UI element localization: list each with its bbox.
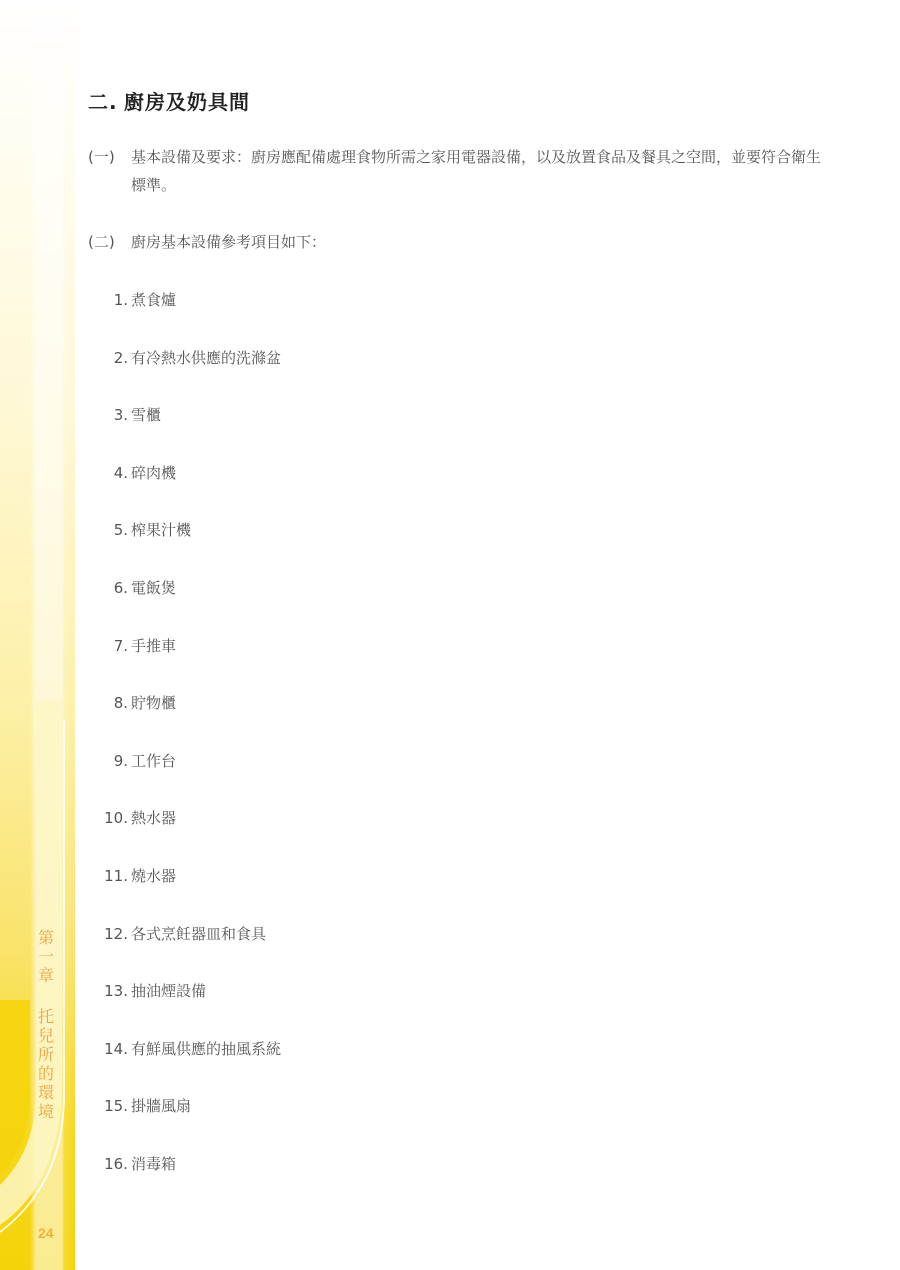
list-item: 5.榨果汁機 xyxy=(88,516,281,574)
list-index: 16. xyxy=(88,1150,131,1178)
section-title: 廚房及奶具間 xyxy=(124,90,250,114)
list-text: 熱水器 xyxy=(131,809,176,827)
list-item: 13.抽油煙設備 xyxy=(88,977,281,1035)
list-item: 6.電飯煲 xyxy=(88,574,281,632)
list-text: 工作台 xyxy=(131,752,176,770)
list-item: 8.貯物櫃 xyxy=(88,689,281,747)
list-index: 3. xyxy=(88,401,131,429)
list-index: 12. xyxy=(88,920,131,948)
paragraph-equipment-intro: (二) 廚房基本設備參考項目如下： xyxy=(88,228,828,256)
chapter-title-char: 兒 xyxy=(38,1026,54,1045)
list-item: 3.雪櫃 xyxy=(88,401,281,459)
list-text: 煮食爐 xyxy=(131,291,176,309)
list-item: 16.消毒箱 xyxy=(88,1150,281,1208)
chapter-title-char: 環 xyxy=(38,1083,54,1102)
section-heading: 二.廚房及奶具間 xyxy=(88,86,250,115)
paragraph-marker: (一) xyxy=(88,143,128,171)
paragraph-text: 廚房基本設備參考項目如下： xyxy=(131,228,828,256)
list-index: 14. xyxy=(88,1035,131,1063)
list-index: 5. xyxy=(88,516,131,544)
equipment-list: 1.煮食爐 2.有冷熱水供應的洗滌盆 3.雪櫃 4.碎肉機 5.榨果汁機 6.電… xyxy=(88,286,281,1208)
list-text: 電飯煲 xyxy=(131,579,176,597)
list-index: 9. xyxy=(88,747,131,775)
list-index: 1. xyxy=(88,286,131,314)
list-index: 4. xyxy=(88,459,131,487)
list-index: 13. xyxy=(88,977,131,1005)
chapter-char: 章 xyxy=(38,966,54,985)
list-item: 9.工作台 xyxy=(88,747,281,805)
list-text: 掛牆風扇 xyxy=(131,1097,191,1115)
chapter-char: 第 xyxy=(38,928,54,947)
list-text: 有鮮風供應的抽風系統 xyxy=(131,1040,281,1058)
list-text: 貯物櫃 xyxy=(131,694,176,712)
page-number: 24 xyxy=(38,1225,54,1241)
list-index: 11. xyxy=(88,862,131,890)
list-item: 7.手推車 xyxy=(88,632,281,690)
section-number: 二. xyxy=(88,86,124,115)
list-text: 抽油煙設備 xyxy=(131,982,206,1000)
list-item: 12.各式烹飪器皿和食具 xyxy=(88,920,281,978)
list-item: 15.掛牆風扇 xyxy=(88,1092,281,1150)
list-item: 2.有冷熱水供應的洗滌盆 xyxy=(88,344,281,402)
list-index: 8. xyxy=(88,689,131,717)
paragraph-marker: (二) xyxy=(88,228,128,256)
list-index: 15. xyxy=(88,1092,131,1120)
paragraph-basic-requirements: (一) 基本設備及要求：廚房應配備處理食物所需之家用電器設備，以及放置食品及餐具… xyxy=(88,143,828,199)
list-text: 榨果汁機 xyxy=(131,521,191,539)
list-item: 1.煮食爐 xyxy=(88,286,281,344)
list-text: 消毒箱 xyxy=(131,1155,176,1173)
list-index: 2. xyxy=(88,344,131,372)
list-index: 6. xyxy=(88,574,131,602)
chapter-title-char: 的 xyxy=(38,1064,54,1083)
chapter-label: 第 一 章 托 兒 所 的 環 境 xyxy=(36,928,56,1121)
list-text: 有冷熱水供應的洗滌盆 xyxy=(131,349,281,367)
chapter-sidebar: 第 一 章 托 兒 所 的 環 境 24 xyxy=(0,0,75,1270)
paragraph-text: 基本設備及要求：廚房應配備處理食物所需之家用電器設備，以及放置食品及餐具之空間，… xyxy=(131,143,828,199)
list-item: 11.燒水器 xyxy=(88,862,281,920)
list-text: 碎肉機 xyxy=(131,464,176,482)
list-index: 10. xyxy=(88,804,131,832)
list-index: 7. xyxy=(88,632,131,660)
list-item: 4.碎肉機 xyxy=(88,459,281,517)
list-item: 14.有鮮風供應的抽風系統 xyxy=(88,1035,281,1093)
list-text: 手推車 xyxy=(131,637,176,655)
chapter-title-char: 境 xyxy=(38,1102,54,1121)
list-item: 10.熱水器 xyxy=(88,804,281,862)
list-text: 雪櫃 xyxy=(131,406,161,424)
list-text: 各式烹飪器皿和食具 xyxy=(131,925,266,943)
chapter-char: 一 xyxy=(38,947,54,966)
chapter-title-char: 所 xyxy=(38,1045,54,1064)
list-text: 燒水器 xyxy=(131,867,176,885)
chapter-title-char: 托 xyxy=(38,1007,54,1026)
